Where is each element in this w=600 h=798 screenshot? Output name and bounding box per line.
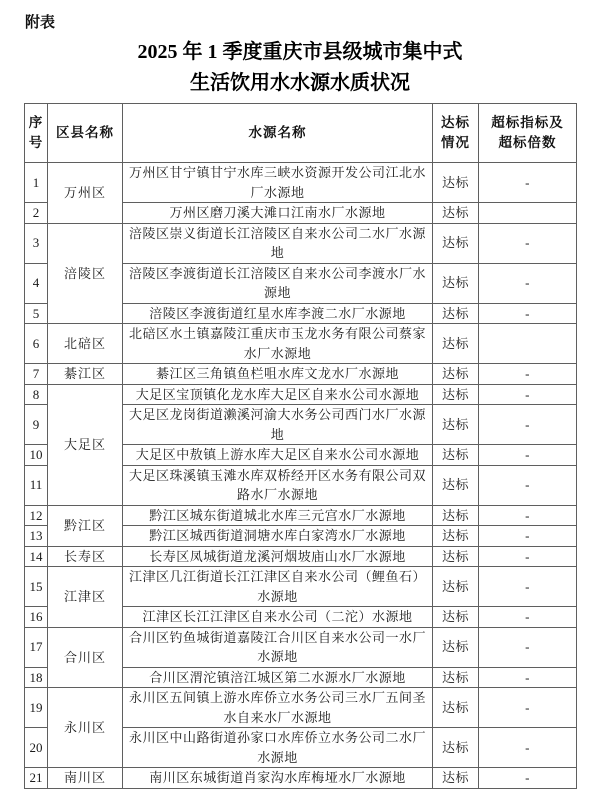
status-value: 达标 [433, 728, 479, 768]
status-value: 达标 [433, 223, 479, 263]
exceed-value: - [479, 303, 577, 324]
row-number: 5 [25, 303, 48, 324]
exceed-value: - [479, 384, 577, 405]
row-number: 7 [25, 364, 48, 385]
district-name: 大足区 [48, 384, 123, 505]
table-row: 1万州区万州区甘宁镇甘宁水库三峡水资源开发公司江北水厂水源地达标- [25, 163, 577, 203]
page-title: 2025 年 1 季度重庆市县级城市集中式 生活饮用水水源水质状况 [0, 37, 600, 99]
source-name: 永川区中山路街道孙家口水库侨立水务公司二水厂水源地 [123, 728, 433, 768]
table-row: 12黔江区黔江区城东街道城北水库三元宫水厂水源地达标- [25, 505, 577, 526]
row-number: 15 [25, 567, 48, 607]
column-header: 序 号 [25, 104, 48, 163]
exceed-value [479, 324, 577, 364]
status-value: 达标 [433, 163, 479, 203]
exceed-value: - [479, 465, 577, 505]
source-name: 大足区宝顶镇化龙水库大足区自来水公司水源地 [123, 384, 433, 405]
table-row: 19永川区永川区五间镇上游水库侨立水务公司三水厂五间圣水自来水厂水源地达标- [25, 688, 577, 728]
source-name: 合川区渭沱镇涪江城区第二水源水厂水源地 [123, 667, 433, 688]
district-name: 江津区 [48, 567, 123, 628]
district-name: 南川区 [48, 768, 123, 789]
source-name: 江津区长江江津区自来水公司（二沱）水源地 [123, 607, 433, 628]
column-header: 超标指标及 超标倍数 [479, 104, 577, 163]
source-name: 大足区龙岗街道濑溪河渝大水务公司西门水厂水源地 [123, 405, 433, 445]
table-row: 14长寿区长寿区凤城街道龙溪河烟坡庙山水厂水源地达标- [25, 546, 577, 567]
row-number: 16 [25, 607, 48, 628]
exceed-value: - [479, 163, 577, 203]
source-name: 南川区东城街道肖家沟水库梅垭水厂水源地 [123, 768, 433, 789]
exceed-value [479, 203, 577, 224]
water-table-body: 1万州区万州区甘宁镇甘宁水库三峡水资源开发公司江北水厂水源地达标-2万州区磨刀溪… [25, 163, 577, 789]
row-number: 3 [25, 223, 48, 263]
status-value: 达标 [433, 567, 479, 607]
table-row: 6北碚区北碚区水土镇嘉陵江重庆市玉龙水务有限公司蔡家水厂水源地达标 [25, 324, 577, 364]
status-value: 达标 [433, 465, 479, 505]
status-value: 达标 [433, 505, 479, 526]
status-value: 达标 [433, 303, 479, 324]
exceed-value: - [479, 364, 577, 385]
table-row: 21南川区南川区东城街道肖家沟水库梅垭水厂水源地达标- [25, 768, 577, 789]
source-name: 北碚区水土镇嘉陵江重庆市玉龙水务有限公司蔡家水厂水源地 [123, 324, 433, 364]
status-value: 达标 [433, 405, 479, 445]
table-row: 8大足区大足区宝顶镇化龙水库大足区自来水公司水源地达标- [25, 384, 577, 405]
column-header: 区县名称 [48, 104, 123, 163]
exceed-value: - [479, 607, 577, 628]
row-number: 14 [25, 546, 48, 567]
source-name: 黔江区城西街道洞塘水库白家湾水厂水源地 [123, 526, 433, 547]
row-number: 19 [25, 688, 48, 728]
district-name: 北碚区 [48, 324, 123, 364]
exceed-value: - [479, 405, 577, 445]
exceed-value: - [479, 445, 577, 466]
row-number: 4 [25, 263, 48, 303]
attachment-label: 附表 [25, 11, 55, 32]
district-name: 万州区 [48, 163, 123, 224]
row-number: 21 [25, 768, 48, 789]
exceed-value: - [479, 526, 577, 547]
exceed-value: - [479, 627, 577, 667]
status-value: 达标 [433, 546, 479, 567]
district-name: 涪陵区 [48, 223, 123, 324]
header-row: 序 号区县名称水源名称达标 情况超标指标及 超标倍数 [25, 104, 577, 163]
exceed-value: - [479, 768, 577, 789]
district-name: 黔江区 [48, 505, 123, 546]
water-quality-table: 序 号区县名称水源名称达标 情况超标指标及 超标倍数 1万州区万州区甘宁镇甘宁水… [24, 103, 577, 789]
status-value: 达标 [433, 688, 479, 728]
row-number: 11 [25, 465, 48, 505]
source-name: 万州区磨刀溪大滩口江南水厂水源地 [123, 203, 433, 224]
status-value: 达标 [433, 445, 479, 466]
row-number: 10 [25, 445, 48, 466]
row-number: 6 [25, 324, 48, 364]
exceed-value: - [479, 728, 577, 768]
exceed-value: - [479, 688, 577, 728]
row-number: 9 [25, 405, 48, 445]
status-value: 达标 [433, 263, 479, 303]
district-name: 长寿区 [48, 546, 123, 567]
row-number: 12 [25, 505, 48, 526]
exceed-value: - [479, 667, 577, 688]
table-row: 15江津区江津区几江街道长江江津区自来水公司（鲤鱼石）水源地达标- [25, 567, 577, 607]
column-header: 水源名称 [123, 104, 433, 163]
row-number: 20 [25, 728, 48, 768]
title-line-2: 生活饮用水水源水质状况 [0, 68, 600, 99]
source-name: 长寿区凤城街道龙溪河烟坡庙山水厂水源地 [123, 546, 433, 567]
table-row: 17合川区合川区钓鱼城街道嘉陵江合川区自来水公司一水厂水源地达标- [25, 627, 577, 667]
document-page: 附表 2025 年 1 季度重庆市县级城市集中式 生活饮用水水源水质状况 序 号… [0, 0, 600, 798]
district-name: 永川区 [48, 688, 123, 768]
source-name: 合川区钓鱼城街道嘉陵江合川区自来水公司一水厂水源地 [123, 627, 433, 667]
row-number: 18 [25, 667, 48, 688]
source-name: 黔江区城东街道城北水库三元宫水厂水源地 [123, 505, 433, 526]
source-name: 大足区中敖镇上游水库大足区自来水公司水源地 [123, 445, 433, 466]
status-value: 达标 [433, 203, 479, 224]
source-name: 涪陵区李渡街道长江涪陵区自来水公司李渡水厂水源地 [123, 263, 433, 303]
source-name: 江津区几江街道长江江津区自来水公司（鲤鱼石）水源地 [123, 567, 433, 607]
source-name: 永川区五间镇上游水库侨立水务公司三水厂五间圣水自来水厂水源地 [123, 688, 433, 728]
table-row: 7綦江区綦江区三角镇鱼栏咀水库文龙水厂水源地达标- [25, 364, 577, 385]
source-name: 綦江区三角镇鱼栏咀水库文龙水厂水源地 [123, 364, 433, 385]
status-value: 达标 [433, 364, 479, 385]
exceed-value: - [479, 223, 577, 263]
column-header: 达标 情况 [433, 104, 479, 163]
row-number: 1 [25, 163, 48, 203]
table-row: 3涪陵区涪陵区崇义街道长江涪陵区自来水公司二水厂水源地达标- [25, 223, 577, 263]
status-value: 达标 [433, 526, 479, 547]
exceed-value: - [479, 546, 577, 567]
status-value: 达标 [433, 607, 479, 628]
exceed-value: - [479, 567, 577, 607]
row-number: 13 [25, 526, 48, 547]
district-name: 合川区 [48, 627, 123, 688]
district-name: 綦江区 [48, 364, 123, 385]
status-value: 达标 [433, 627, 479, 667]
row-number: 17 [25, 627, 48, 667]
exceed-value: - [479, 505, 577, 526]
title-line-1: 2025 年 1 季度重庆市县级城市集中式 [0, 37, 600, 68]
source-name: 涪陵区崇义街道长江涪陵区自来水公司二水厂水源地 [123, 223, 433, 263]
source-name: 万州区甘宁镇甘宁水库三峡水资源开发公司江北水厂水源地 [123, 163, 433, 203]
table-header: 序 号区县名称水源名称达标 情况超标指标及 超标倍数 [25, 104, 577, 163]
exceed-value: - [479, 263, 577, 303]
source-name: 大足区珠溪镇玉滩水库双桥经开区水务有限公司双路水厂水源地 [123, 465, 433, 505]
status-value: 达标 [433, 667, 479, 688]
row-number: 2 [25, 203, 48, 224]
row-number: 8 [25, 384, 48, 405]
status-value: 达标 [433, 384, 479, 405]
status-value: 达标 [433, 768, 479, 789]
status-value: 达标 [433, 324, 479, 364]
source-name: 涪陵区李渡街道红星水库李渡二水厂水源地 [123, 303, 433, 324]
